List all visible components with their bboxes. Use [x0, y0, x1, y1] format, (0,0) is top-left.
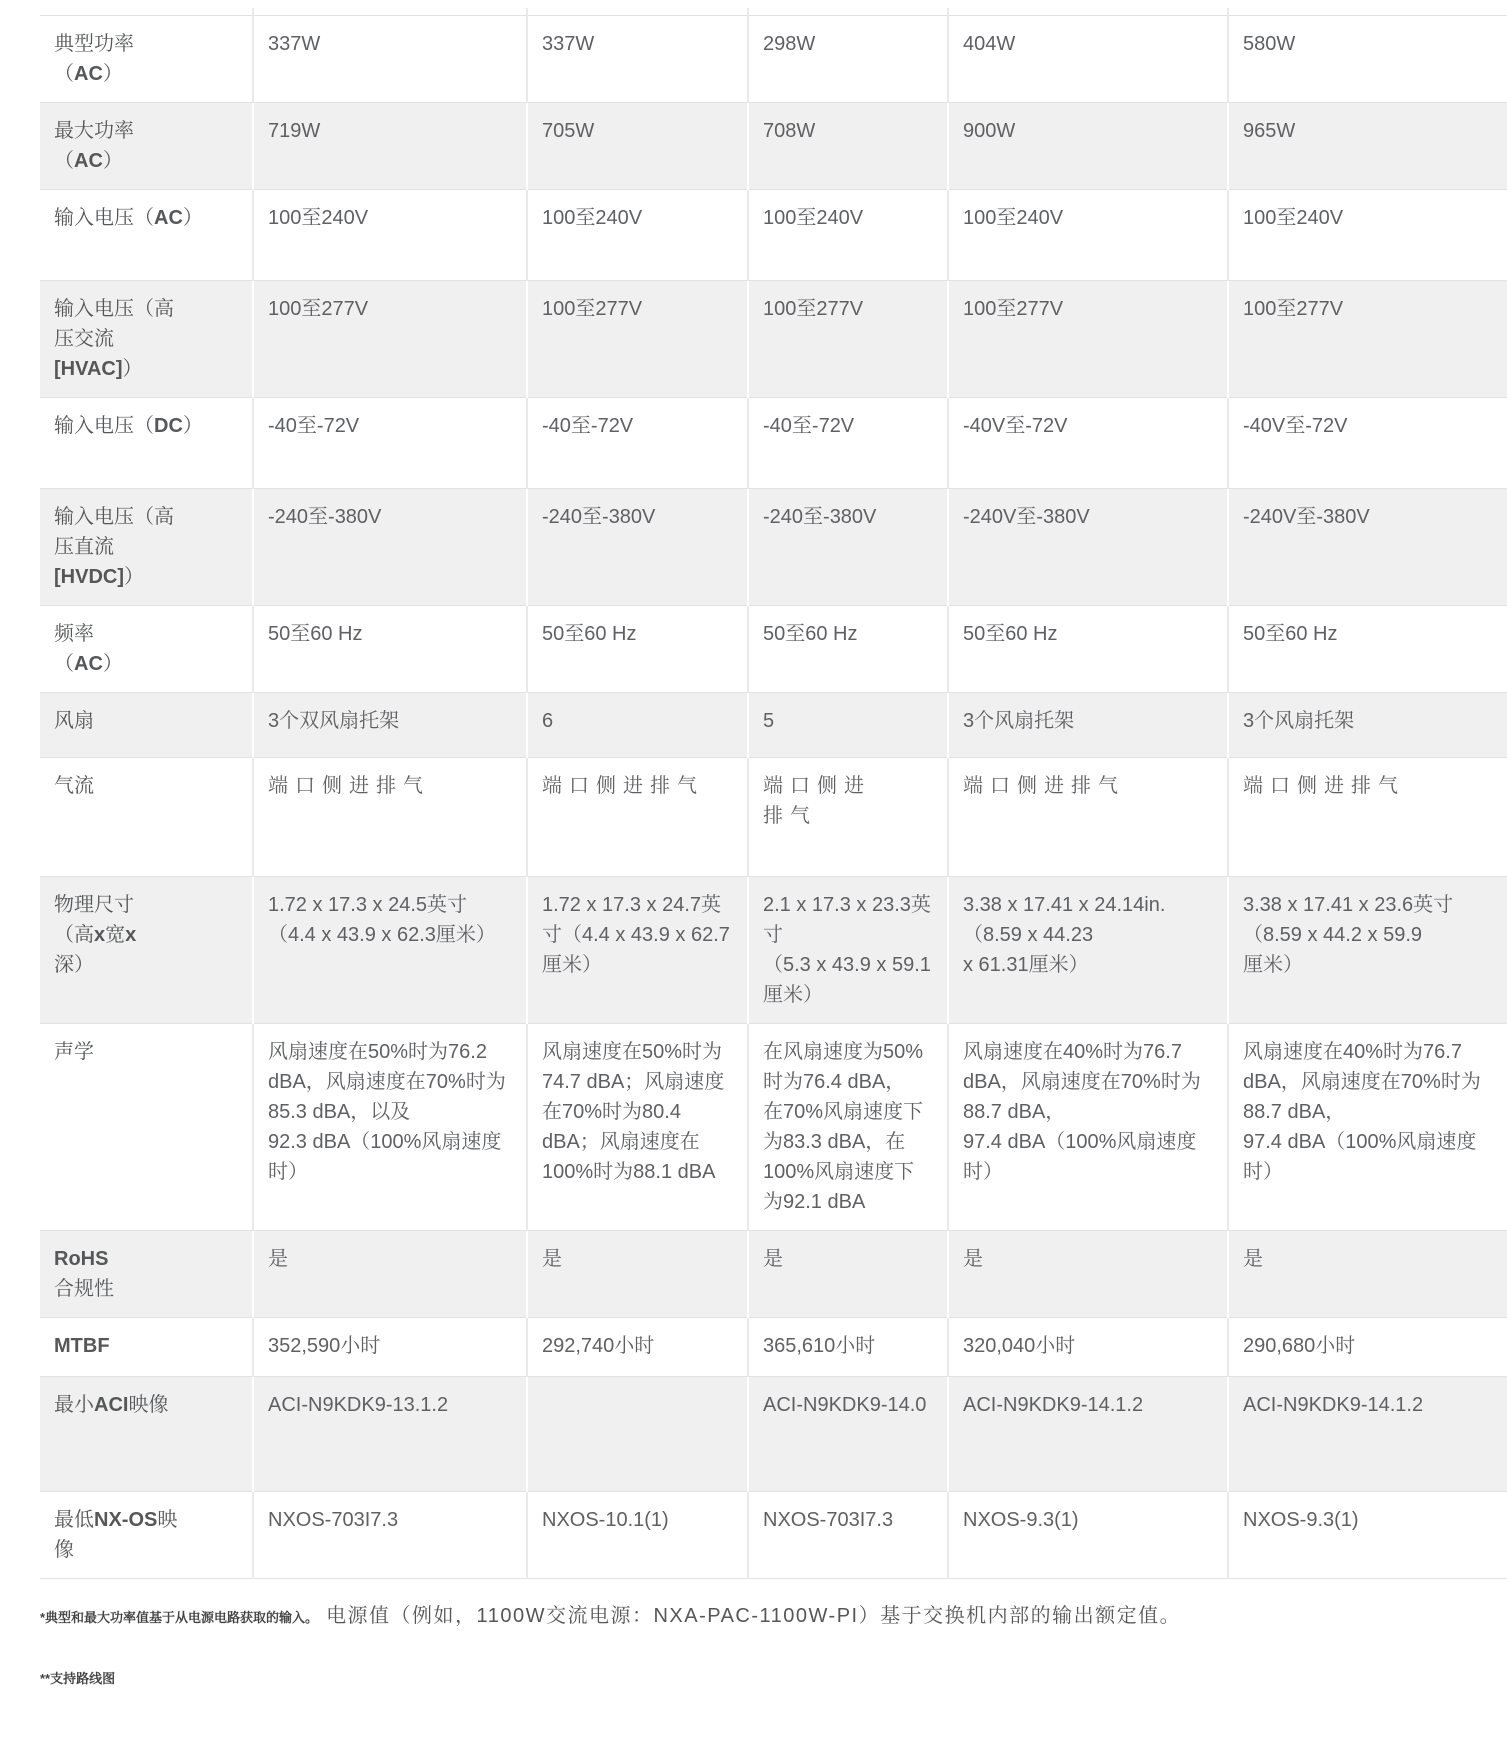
- label-run: x: [94, 924, 105, 946]
- label-run: ）: [123, 358, 143, 380]
- label-run: 输入电压（: [54, 415, 154, 437]
- row-rohs-compliance: RoHS 合规性是是是是是: [40, 1230, 1507, 1317]
- spec-cell: -40V至-72V: [948, 397, 1228, 488]
- table-top-sliver-cell: [1228, 8, 1507, 15]
- spec-row-label: 输入电压（高 压交流 [HVAC]）: [40, 280, 253, 397]
- spec-cell: 1.72 x 17.3 x 24.5英寸 （4.4 x 43.9 x 62.3厘…: [253, 876, 527, 1023]
- label-run: 深）: [54, 954, 94, 976]
- spec-cell: 292,740小时: [527, 1317, 748, 1376]
- label-run: AC: [74, 150, 103, 172]
- spec-cell: ACI-N9KDK9-14.1.2: [948, 1376, 1228, 1491]
- row-input-voltage-ac: 输入电压（AC）100至240V100至240V100至240V100至240V…: [40, 189, 1507, 280]
- label-run: AC: [74, 63, 103, 85]
- spec-row-label: 物理尺寸 （高x宽x 深）: [40, 876, 253, 1023]
- spec-cell: 337W: [253, 15, 527, 102]
- spec-cell: 100至277V: [1228, 280, 1507, 397]
- spec-cell: NXOS-10.1(1): [527, 1491, 748, 1578]
- label-run: [HVAC]: [54, 358, 123, 380]
- row-mtbf: MTBF352,590小时292,740小时365,610小时320,040小时…: [40, 1317, 1507, 1376]
- spec-row-label: 输入电压（DC）: [40, 397, 253, 488]
- spec-cell: NXOS-703I7.3: [748, 1491, 948, 1578]
- spec-table-body: 典型功率 （AC）337W337W298W404W580W最大功率 （AC）71…: [40, 8, 1507, 1578]
- spec-cell: 是: [948, 1230, 1228, 1317]
- footnote-roadmap: **支持路线图: [40, 1670, 1507, 1688]
- spec-cell: ACI-N9KDK9-13.1.2: [253, 1376, 527, 1491]
- row-frequency-ac: 频率 （AC）50至60 Hz50至60 Hz50至60 Hz50至60 Hz5…: [40, 605, 1507, 692]
- row-input-voltage-hvdc: 输入电压（高 压直流 [HVDC]）-240至-380V-240至-380V-2…: [40, 488, 1507, 605]
- label-run: ACI: [94, 1394, 128, 1416]
- table-top-sliver-cell: [40, 8, 253, 15]
- spec-cell: 端口侧进排气: [1228, 757, 1507, 876]
- spec-cell: 50至60 Hz: [253, 605, 527, 692]
- spec-cell: 337W: [527, 15, 748, 102]
- spec-cell: -40V至-72V: [1228, 397, 1507, 488]
- spec-cell: 2.1 x 17.3 x 23.3英寸 （5.3 x 43.9 x 59.1厘米…: [748, 876, 948, 1023]
- spec-cell: -240至-380V: [253, 488, 527, 605]
- spec-cell: 是: [748, 1230, 948, 1317]
- label-run: AC: [74, 653, 103, 675]
- label-run: MTBF: [54, 1335, 110, 1357]
- spec-cell: -40至-72V: [527, 397, 748, 488]
- spec-cell: ACI-N9KDK9-14.0: [748, 1376, 948, 1491]
- spec-cell: 6: [527, 692, 748, 757]
- label-run: 风扇: [54, 710, 94, 732]
- spec-cell: 端口侧进排气: [527, 757, 748, 876]
- spec-cell: 3个风扇托架: [948, 692, 1228, 757]
- spec-cell: 298W: [748, 15, 948, 102]
- spec-row-label: 最低NX-OS映 像: [40, 1491, 253, 1578]
- spec-row-label: 输入电压（AC）: [40, 189, 253, 280]
- spec-cell: NXOS-9.3(1): [1228, 1491, 1507, 1578]
- spec-row-label: 频率 （AC）: [40, 605, 253, 692]
- spec-cell: 3.38 x 17.41 x 23.6英寸（8.59 x 44.2 x 59.9…: [1228, 876, 1507, 1023]
- spec-cell: 290,680小时: [1228, 1317, 1507, 1376]
- spec-row-label: RoHS 合规性: [40, 1230, 253, 1317]
- label-run: x: [125, 924, 136, 946]
- label-run: NX-OS: [94, 1509, 157, 1531]
- spec-cell: 是: [527, 1230, 748, 1317]
- row-physical-dimensions: 物理尺寸 （高x宽x 深）1.72 x 17.3 x 24.5英寸 （4.4 x…: [40, 876, 1507, 1023]
- label-run: 合规性: [54, 1278, 114, 1300]
- label-run: 映像: [128, 1394, 168, 1416]
- spec-cell: 100至277V: [253, 280, 527, 397]
- spec-cell: NXOS-703I7.3: [253, 1491, 527, 1578]
- spec-cell: 708W: [748, 102, 948, 189]
- spec-cell: 965W: [1228, 102, 1507, 189]
- spec-cell: 404W: [948, 15, 1228, 102]
- footnote-power-note: *典型和最大功率值基于从电源电路获取的输入。: [40, 1610, 318, 1625]
- spec-cell: 50至60 Hz: [1228, 605, 1507, 692]
- spec-cell: ACI-N9KDK9-14.1.2: [1228, 1376, 1507, 1491]
- label-run: RoHS: [54, 1248, 108, 1270]
- spec-cell: 3个双风扇托架: [253, 692, 527, 757]
- row-typical-power-ac: 典型功率 （AC）337W337W298W404W580W: [40, 15, 1507, 102]
- label-run: 输入电压（高 压交流: [54, 298, 174, 350]
- spec-cell: 是: [1228, 1230, 1507, 1317]
- spec-cell: -40至-72V: [253, 397, 527, 488]
- spec-cell: 50至60 Hz: [748, 605, 948, 692]
- spec-cell: 100至240V: [948, 189, 1228, 280]
- spec-cell: 50至60 Hz: [527, 605, 748, 692]
- spec-cell: 100至277V: [527, 280, 748, 397]
- spec-cell: -240至-380V: [527, 488, 748, 605]
- label-run: ）: [124, 566, 144, 588]
- table-top-sliver: [40, 8, 1507, 15]
- label-run: ）: [103, 150, 123, 172]
- row-fans: 风扇3个双风扇托架653个风扇托架3个风扇托架: [40, 692, 1507, 757]
- spec-cell: 风扇速度在40%时为76.7 dBA，风扇速度在70%时为88.7 dBA， 9…: [1228, 1023, 1507, 1230]
- spec-cell: 1.72 x 17.3 x 24.7英寸（4.4 x 43.9 x 62.7厘米…: [527, 876, 748, 1023]
- label-run: AC: [154, 207, 183, 229]
- footnote-power-detail: 电源值（例如，1100W交流电源：NXA-PAC-1100W-PI）基于交换机内…: [326, 1605, 1181, 1627]
- spec-cell: 705W: [527, 102, 748, 189]
- table-top-sliver-cell: [527, 8, 748, 15]
- label-run: 输入电压（高 压直流: [54, 506, 174, 558]
- label-run: 输入电压（: [54, 207, 154, 229]
- spec-cell: 端口侧进 排气: [748, 757, 948, 876]
- spec-cell: -40至-72V: [748, 397, 948, 488]
- row-input-voltage-dc: 输入电压（DC）-40至-72V-40至-72V-40至-72V-40V至-72…: [40, 397, 1507, 488]
- spec-table: 典型功率 （AC）337W337W298W404W580W最大功率 （AC）71…: [40, 8, 1507, 1579]
- spec-sheet: 典型功率 （AC）337W337W298W404W580W最大功率 （AC）71…: [0, 0, 1507, 1688]
- spec-cell: 3个风扇托架: [1228, 692, 1507, 757]
- table-top-sliver-cell: [948, 8, 1228, 15]
- label-run: ）: [103, 653, 123, 675]
- spec-cell: -240V至-380V: [948, 488, 1228, 605]
- spec-row-label: 输入电压（高 压直流 [HVDC]）: [40, 488, 253, 605]
- spec-cell: NXOS-9.3(1): [948, 1491, 1228, 1578]
- spec-cell: 900W: [948, 102, 1228, 189]
- row-acoustics: 声学风扇速度在50%时为76.2 dBA，风扇速度在70%时为85.3 dBA，…: [40, 1023, 1507, 1230]
- spec-cell: 风扇速度在40%时为76.7 dBA，风扇速度在70%时为88.7 dBA， 9…: [948, 1023, 1228, 1230]
- footnotes: *典型和最大功率值基于从电源电路获取的输入。电源值（例如，1100W交流电源：N…: [40, 1599, 1507, 1688]
- spec-cell: 3.38 x 17.41 x 24.14in.（8.59 x 44.23 x 6…: [948, 876, 1228, 1023]
- spec-cell: 320,040小时: [948, 1317, 1228, 1376]
- spec-cell: 风扇速度在50%时为74.7 dBA；风扇速度在70%时为80.4 dBA；风扇…: [527, 1023, 748, 1230]
- spec-cell: 是: [253, 1230, 527, 1317]
- spec-cell: 风扇速度在50%时为76.2 dBA，风扇速度在70%时为85.3 dBA，以及…: [253, 1023, 527, 1230]
- spec-row-label: 典型功率 （AC）: [40, 15, 253, 102]
- spec-cell: 端口侧进排气: [948, 757, 1228, 876]
- spec-cell: 352,590小时: [253, 1317, 527, 1376]
- footnote-power: *典型和最大功率值基于从电源电路获取的输入。电源值（例如，1100W交流电源：N…: [40, 1599, 1507, 1628]
- label-run: 最低: [54, 1509, 94, 1531]
- spec-cell: -240至-380V: [748, 488, 948, 605]
- spec-row-label: 气流: [40, 757, 253, 876]
- label-run: 气流: [54, 775, 94, 797]
- table-top-sliver-cell: [253, 8, 527, 15]
- label-run: [HVDC]: [54, 566, 124, 588]
- spec-row-label: 最大功率 （AC）: [40, 102, 253, 189]
- spec-cell: 100至277V: [748, 280, 948, 397]
- spec-cell: 100至240V: [253, 189, 527, 280]
- spec-cell: 端口侧进排气: [253, 757, 527, 876]
- spec-cell: 50至60 Hz: [948, 605, 1228, 692]
- table-top-sliver-cell: [748, 8, 948, 15]
- row-min-nxos-image: 最低NX-OS映 像NXOS-703I7.3NXOS-10.1(1)NXOS-7…: [40, 1491, 1507, 1578]
- row-max-power-ac: 最大功率 （AC）719W705W708W900W965W: [40, 102, 1507, 189]
- spec-row-label: 风扇: [40, 692, 253, 757]
- label-run: 最小: [54, 1394, 94, 1416]
- label-run: 宽: [105, 924, 125, 946]
- spec-row-label: 最小ACI映像: [40, 1376, 253, 1491]
- row-airflow: 气流端口侧进排气端口侧进排气端口侧进 排气端口侧进排气端口侧进排气: [40, 757, 1507, 876]
- spec-cell: 100至277V: [948, 280, 1228, 397]
- row-input-voltage-hvac: 输入电压（高 压交流 [HVAC]）100至277V100至277V100至27…: [40, 280, 1507, 397]
- spec-row-label: 声学: [40, 1023, 253, 1230]
- row-min-aci-image: 最小ACI映像ACI-N9KDK9-13.1.2ACI-N9KDK9-14.0A…: [40, 1376, 1507, 1491]
- label-run: ）: [183, 415, 203, 437]
- label-run: DC: [154, 415, 183, 437]
- spec-cell: 365,610小时: [748, 1317, 948, 1376]
- spec-cell: -240V至-380V: [1228, 488, 1507, 605]
- spec-cell: 580W: [1228, 15, 1507, 102]
- spec-cell: 在风扇速度为50%时为76.4 dBA， 在70%风扇速度下为83.3 dBA，…: [748, 1023, 948, 1230]
- spec-cell: [527, 1376, 748, 1491]
- spec-cell: 5: [748, 692, 948, 757]
- label-run: 声学: [54, 1041, 94, 1063]
- label-run: ）: [103, 63, 123, 85]
- label-run: ）: [183, 207, 203, 229]
- spec-cell: 719W: [253, 102, 527, 189]
- spec-row-label: MTBF: [40, 1317, 253, 1376]
- spec-cell: 100至240V: [1228, 189, 1507, 280]
- spec-cell: 100至240V: [527, 189, 748, 280]
- spec-cell: 100至240V: [748, 189, 948, 280]
